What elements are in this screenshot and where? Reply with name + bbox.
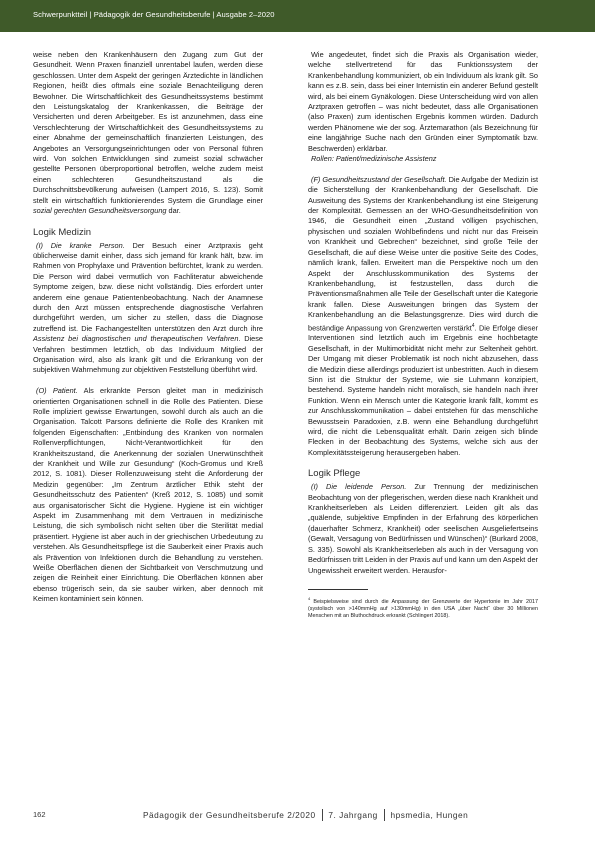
paragraph-text: weise neben den Krankenhäusern den Zugan… [33, 50, 263, 205]
publisher: hpsmedia, Hungen [391, 810, 469, 820]
left-column: weise neben den Krankenhäusern den Zugan… [33, 50, 263, 605]
section-heading-logik-medizin: Logik Medizin [33, 227, 263, 239]
volume: 7. Jahrgang [328, 810, 377, 820]
paragraph-text: . Die Erfolge dieser Interventionen sind… [308, 323, 538, 457]
paragraph: (F) Gesundheitszustand der Gesellschaft.… [308, 175, 538, 458]
paragraph-text: Wie angedeutet, findet sich die Praxis a… [308, 50, 538, 153]
paragraph-text: Der Besuch einer Arztpraxis geht übliche… [33, 241, 263, 333]
emphasis-text: sozial gerechten Gesundheitsversorgung [33, 206, 167, 215]
emphasis-text: (I) Die leidende Person. [311, 482, 406, 491]
journal-name: Pädagogik der Gesundheitsberufe 2/2020 [143, 810, 316, 820]
section-heading-logik-pflege: Logik Pflege [308, 468, 538, 480]
running-header-title: Schwerpunktteil | Pädagogik der Gesundhe… [33, 10, 275, 19]
footer-separator [384, 809, 385, 821]
emphasis-text: (F) Gesundheitszustand der Gesellschaft. [311, 175, 447, 184]
footer-separator [322, 809, 323, 821]
paragraph-text: dar. [167, 206, 181, 215]
emphasis-text: (I) Die kranke Person. [36, 241, 125, 250]
paragraph-text: Zur Trennung der medizinischen Beobachtu… [308, 482, 538, 574]
footnote: 4 Beispielsweise sind durch die Anpassun… [308, 595, 538, 620]
paragraph: Wie angedeutet, findet sich die Praxis a… [308, 50, 538, 154]
paragraph-text: Als erkrankte Person gleitet man in medi… [33, 386, 263, 603]
footnote-text: Beispielsweise sind durch die Anpassung … [308, 599, 538, 619]
paragraph-text: Die Aufgabe der Medizin ist die Sicherst… [308, 175, 538, 332]
paragraph: (I) Die leidende Person. Zur Trennung de… [308, 482, 538, 576]
paragraph: (O) Patient. Als erkrankte Person gleite… [33, 386, 263, 605]
paragraph: (I) Die kranke Person. Der Besuch einer … [33, 241, 263, 376]
page-number: 162 [33, 810, 46, 819]
emphasis-text: Assistenz bei diagnostischen und therape… [33, 334, 238, 343]
running-header-bar: Schwerpunktteil | Pädagogik der Gesundhe… [0, 0, 595, 32]
footer-info: Pädagogik der Gesundheitsberufe 2/20207.… [143, 809, 468, 821]
roles-note: Rollen: Patient/medizinische Assistenz [308, 154, 538, 164]
paragraph: weise neben den Krankenhäusern den Zugan… [33, 50, 263, 217]
right-column: Wie angedeutet, findet sich die Praxis a… [308, 50, 538, 620]
page-footer: 162 Pädagogik der Gesundheitsberufe 2/20… [33, 808, 568, 822]
emphasis-text: (O) Patient. [36, 386, 78, 395]
emphasis-text: Rollen: Patient/medizinische Assistenz [311, 154, 436, 163]
footnote-divider [308, 589, 368, 590]
